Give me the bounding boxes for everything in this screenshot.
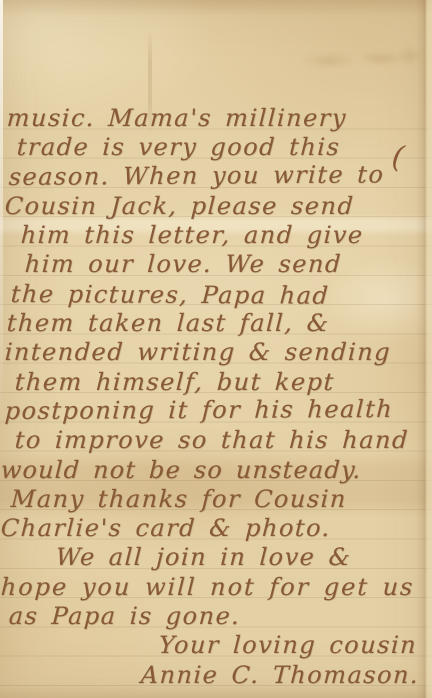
- letter-scan: music. Mama's millinery trade is very go…: [0, 0, 432, 698]
- letter-line: We all join in love &: [55, 543, 432, 572]
- letter-line: Cousin Jack, please send: [4, 192, 432, 221]
- letter-line: them taken last fall, &: [6, 309, 432, 338]
- scan-edge-right: [416, 0, 432, 698]
- bleedthrough-smudge: [290, 38, 420, 83]
- letter-closing-line: Your loving cousin: [158, 631, 432, 660]
- letter-line: Charlie's card & photo.: [0, 514, 432, 543]
- letter-line: as Papa is gone.: [8, 602, 432, 631]
- letter-line: to improve so that his hand: [14, 426, 432, 455]
- letter-line: postponing it for his health: [4, 395, 432, 427]
- letter-line: them himself, but kept: [14, 368, 432, 397]
- letter-line: Many thanks for Cousin: [10, 485, 432, 514]
- letter-body: music. Mama's millinery trade is very go…: [0, 104, 432, 690]
- letter-line: him our love. We send: [24, 250, 432, 279]
- letter-signature-line: Annie C. Thomason.: [140, 661, 432, 690]
- letter-line: music. Mama's millinery: [6, 104, 432, 133]
- letter-line: would not be so unsteady.: [0, 456, 432, 485]
- letter-line: hope you will not for get us: [0, 573, 432, 602]
- letter-line: the pictures, Papa had: [10, 280, 432, 312]
- letter-line: intended writing & sending: [4, 338, 432, 367]
- letter-line: him this letter, and give: [20, 221, 432, 250]
- scan-edge-left: [0, 0, 3, 420]
- letter-line: season. When you write to: [8, 160, 432, 192]
- letter-line: trade is very good this: [16, 133, 432, 162]
